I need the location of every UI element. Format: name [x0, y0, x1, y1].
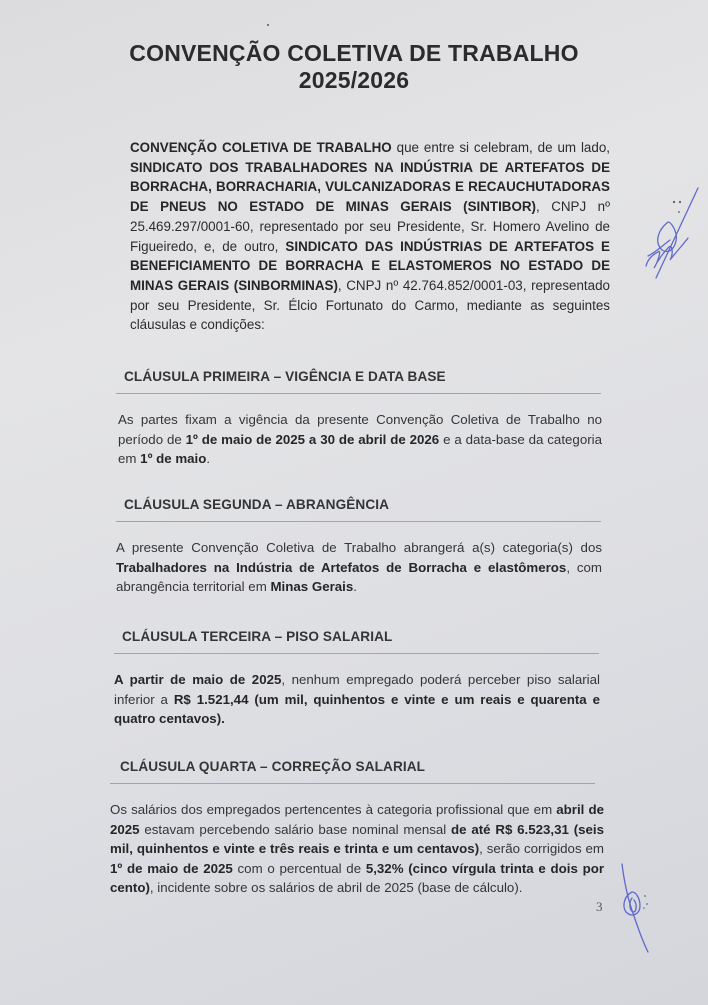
clause-heading: CLÁUSULA TERCEIRA – PISO SALARIAL	[114, 627, 600, 647]
signature-initials-top	[628, 180, 708, 290]
bold-text-run: Trabalhadores na Indústria de Artefatos …	[116, 560, 566, 575]
text-run: com o percentual de	[233, 861, 366, 876]
page-number: 3	[596, 899, 603, 915]
clause-segunda: CLÁUSULA SEGUNDA – ABRANGÊNCIA A present…	[116, 495, 602, 597]
bold-text-run: A partir de maio de 2025	[114, 672, 281, 687]
bold-text-run: Minas Gerais	[270, 579, 353, 594]
clause-body: A presente Convenção Coletiva de Trabalh…	[116, 538, 602, 597]
clause-terceira: CLÁUSULA TERCEIRA – PISO SALARIAL A part…	[114, 627, 600, 729]
text-run: Os salários dos empregados pertencentes …	[110, 802, 556, 817]
clause-divider	[114, 653, 599, 654]
clause-body: As partes fixam a vigência da presente C…	[116, 410, 602, 469]
document-title: CONVENÇÃO COLETIVA DE TRABALHO 2025/2026	[0, 40, 708, 94]
clause-body: Os salários dos empregados pertencentes …	[110, 800, 604, 898]
clause-primeira: CLÁUSULA PRIMEIRA – VIGÊNCIA E DATA BASE…	[116, 367, 602, 469]
title-line-1: CONVENÇÃO COLETIVA DE TRABALHO	[0, 40, 708, 67]
clause-quarta: CLÁUSULA QUARTA – CORREÇÃO SALARIAL Os s…	[110, 757, 604, 898]
intro-paragraph: CONVENÇÃO COLETIVA DE TRABALHO que entre…	[130, 138, 610, 335]
paper-speck	[267, 24, 269, 26]
text-run: que entre si celebram, de um lado,	[392, 140, 610, 155]
clause-heading: CLÁUSULA PRIMEIRA – VIGÊNCIA E DATA BASE	[116, 367, 602, 387]
clause-divider	[110, 783, 595, 784]
bold-text-run: 1º de maio de 2025 a 30 de abril de 2026	[186, 432, 440, 447]
title-line-2: 2025/2026	[0, 67, 708, 94]
text-run: , serão corrigidos em	[479, 841, 604, 856]
signature-initials-bottom	[612, 860, 662, 960]
document-page: CONVENÇÃO COLETIVA DE TRABALHO 2025/2026…	[0, 0, 708, 1005]
text-run: A presente Convenção Coletiva de Trabalh…	[116, 540, 602, 555]
text-run: , incidente sobre os salários de abril d…	[150, 880, 523, 895]
clause-divider	[116, 393, 601, 394]
text-run: estavam percebendo salário base nominal …	[140, 822, 451, 837]
text-run: .	[206, 451, 210, 466]
bold-text-run: CONVENÇÃO COLETIVA DE TRABALHO	[130, 140, 392, 155]
clause-heading: CLÁUSULA QUARTA – CORREÇÃO SALARIAL	[110, 757, 604, 777]
bold-text-run: R$ 1.521,44 (um mil, quinhentos e vinte …	[114, 692, 600, 727]
clause-body: A partir de maio de 2025, nenhum emprega…	[114, 670, 600, 729]
clause-heading: CLÁUSULA SEGUNDA – ABRANGÊNCIA	[116, 495, 602, 515]
clause-divider	[116, 521, 601, 522]
bold-text-run: 1º de maio	[140, 451, 206, 466]
text-run: .	[353, 579, 357, 594]
bold-text-run: 1º de maio de 2025	[110, 861, 233, 876]
